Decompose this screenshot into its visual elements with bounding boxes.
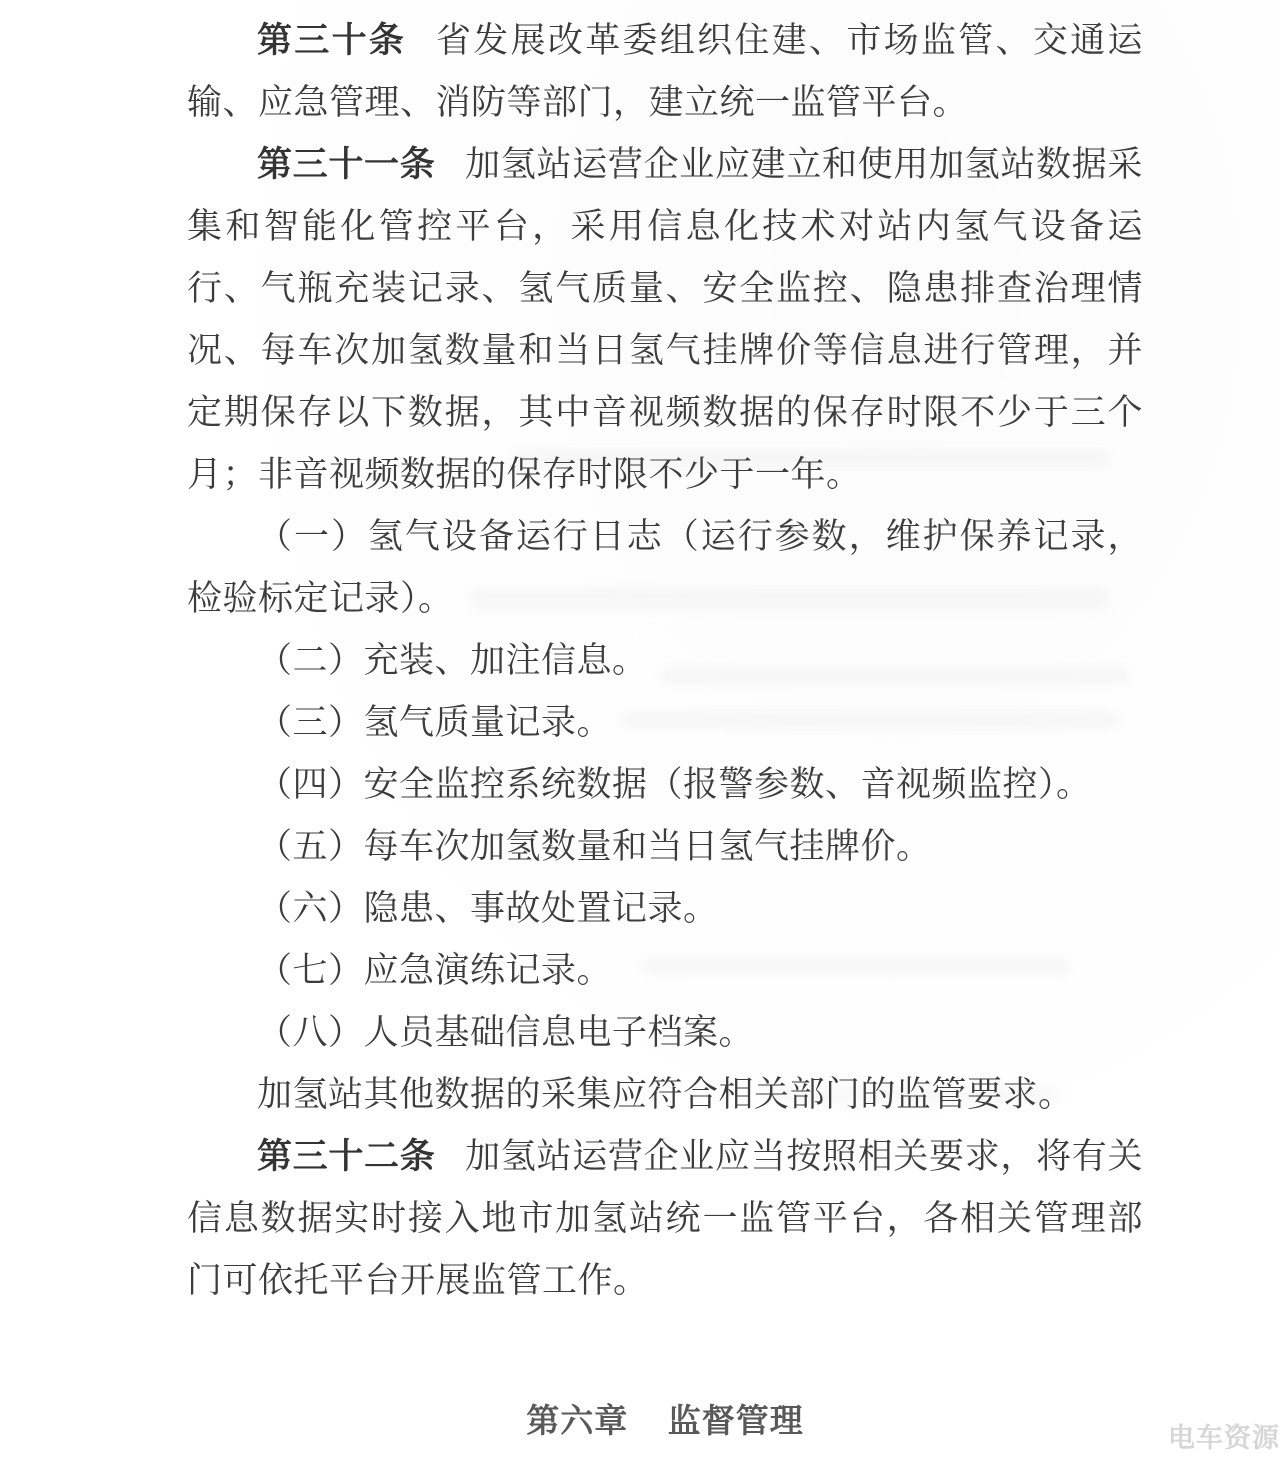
article-number-31: 第三十一条 — [257, 145, 435, 184]
article-number-30: 第三十条 — [257, 21, 406, 60]
article-paragraph-31: 第三十一条加氢站运营企业应建立和使用加氢站数据采集和智能化管控平台，采用信息化技… — [187, 134, 1143, 506]
watermark: 电车资源 — [1168, 1422, 1280, 1454]
list-item-2: （二）充装、加注信息。 — [187, 630, 1143, 692]
document-body: 第三十条省发展改革委组织住建、市场监管、交通运输、应急管理、消防等部门，建立统一… — [187, 10, 1143, 1452]
article-number-32: 第三十二条 — [257, 1137, 435, 1176]
list-item-6: （六）隐患、事故处置记录。 — [187, 878, 1143, 940]
chapter-heading: 第六章监督管理 — [187, 1390, 1143, 1452]
chapter-number: 第六章 — [526, 1402, 628, 1439]
list-item-4: （四）安全监控系统数据（报警参数、音视频监控）。 — [187, 754, 1143, 816]
article-text-31: 加氢站运营企业应建立和使用加氢站数据采集和智能化管控平台，采用信息化技术对站内氢… — [187, 145, 1143, 494]
list-item-7: （七）应急演练记录。 — [187, 940, 1143, 1002]
list-item-8: （八）人员基础信息电子档案。 — [187, 1002, 1143, 1064]
list-item-5: （五）每车次加氢数量和当日氢气挂牌价。 — [187, 816, 1143, 878]
document-page: 第三十条省发展改革委组织住建、市场监管、交通运输、应急管理、消防等部门，建立统一… — [0, 0, 1280, 1457]
article-paragraph-32: 第三十二条加氢站运营企业应当按照相关要求，将有关信息数据实时接入地市加氢站统一监… — [187, 1126, 1143, 1312]
closing-note-paragraph: 加氢站其他数据的采集应符合相关部门的监管要求。 — [187, 1064, 1143, 1126]
list-item-1: （一）氢气设备运行日志（运行参数，维护保养记录，检验标定记录）。 — [187, 506, 1143, 630]
chapter-title: 监督管理 — [668, 1402, 804, 1439]
list-item-3: （三）氢气质量记录。 — [187, 692, 1143, 754]
article-paragraph-30: 第三十条省发展改革委组织住建、市场监管、交通运输、应急管理、消防等部门，建立统一… — [187, 10, 1143, 134]
